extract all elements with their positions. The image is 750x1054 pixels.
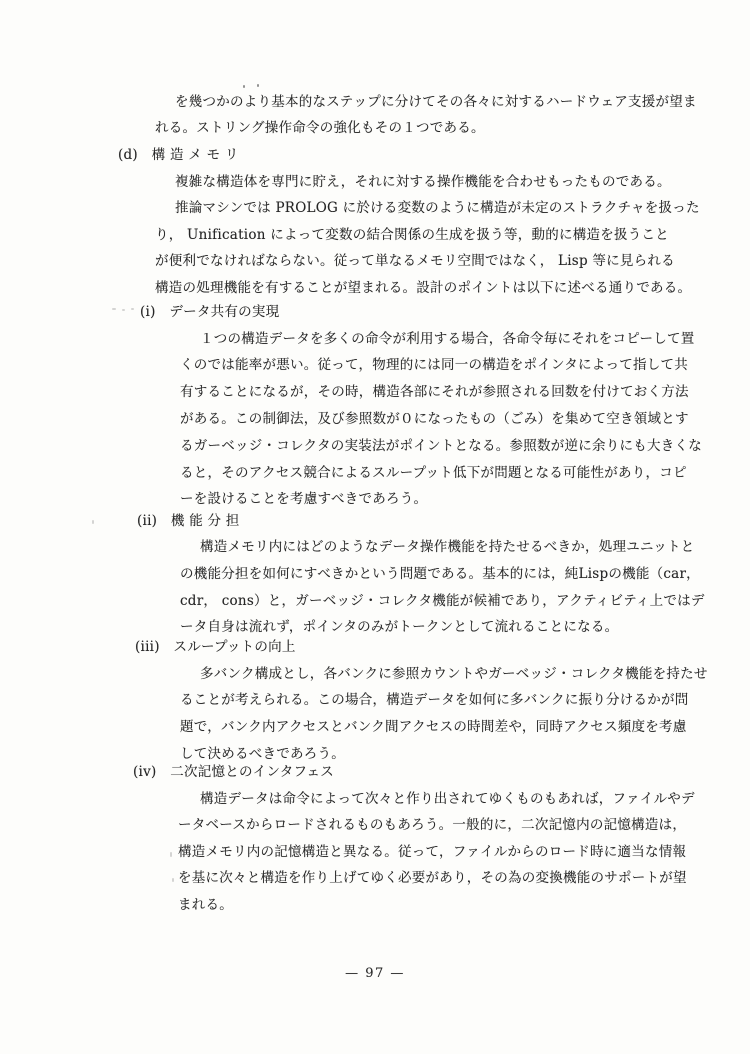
text-line: 構造の処理機能を有することが望まれる。設計のポイントは以下に述べる通りである。 — [155, 281, 691, 296]
page-number: — 97 — — [0, 966, 750, 981]
text-line: 多バンク構成とし，各バンクに参照カウントやガーベッジ・コレクタ機能を持たせ — [200, 667, 708, 682]
text-line: 構造データは命令によって次々と作り出されてゆくものもあれば，ファイルやデ — [200, 792, 695, 807]
text-line: ータベースからロードされるものもあろう。一般的に，二次記憶内の記憶構造は， — [178, 818, 686, 833]
text-line: まれる。 — [178, 898, 233, 913]
text-line: り， Unification によって変数の結合関係の生成を扱う等，動的に構造を… — [155, 228, 669, 243]
subsection-heading-iv: (iv) 二次記憶とのインタフェス — [133, 765, 334, 780]
text-line: るガーベッジ・コレクタの実装法がポイントとなる。参照数が逆に余りにも大きくな — [180, 439, 702, 454]
subsection-heading-ii: (ii) 機 能 分 担 — [137, 514, 240, 529]
text-line: を基に次々と構造を作り上げてゆく必要があり，その為の変換機能のサポートが望 — [178, 871, 687, 886]
scan-speck — [92, 520, 94, 524]
text-line: 推論マシンでは PROLOG に於ける変数のように構造が未定のストラクチャを扱っ… — [175, 201, 700, 216]
text-line: がある。この制御法，及び参照数が０になったもの（ごみ）を集めて空き領域とす — [180, 412, 689, 427]
handwritten-dot — [257, 84, 259, 87]
text-line: を幾つかのより基本的なステップに分けてその各々に対するハードウェア支援が望ま — [175, 95, 697, 110]
text-line: して決めるべきであろう。 — [180, 747, 345, 762]
scan-speck — [122, 309, 125, 311]
text-line: ることが考えられる。この場合，構造データを如何に多バンクに振り分けるかが問 — [180, 693, 688, 708]
subsection-heading-iii: (iii) スループットの向上 — [135, 640, 296, 655]
handwritten-dot — [243, 85, 245, 88]
section-heading-d: (d) 構 造 メ モ リ — [118, 148, 239, 163]
scan-speck — [131, 308, 134, 310]
text-line: が便利でなければならない。従って単なるメモリ空間ではなく， Lisp 等に見られ… — [155, 254, 675, 269]
text-line: 題で，バンク内アクセスとバンク間アクセスの時間差や，同時アクセス頻度を考慮 — [180, 720, 686, 735]
scan-speck — [170, 852, 172, 857]
scan-speck — [112, 308, 116, 310]
text-line: 有することになるが，その時，構造各部にそれが参照される回数を付けておく方法 — [180, 385, 689, 400]
text-line: 構造メモリ内の記憶構造と異なる。従って，ファイルからのロード時に適当な情報 — [178, 845, 686, 860]
text-line: ーを設けることを考慮すべきであろう。 — [180, 492, 427, 507]
text-line: １つの構造データを多くの命令が利用する場合，各命令毎にそれをコピーして置 — [200, 332, 694, 347]
text-line: ると，そのアクセス競合によるスループット低下が問題となる可能性があり，コピ — [180, 466, 687, 481]
text-line: くのでは能率が悪い。従って，物理的には同一の構造をポインタによって指して共 — [180, 358, 688, 373]
scanned-document-page: を幾つかのより基本的なステップに分けてその各々に対するハードウェア支援が望ま れ… — [0, 0, 750, 1054]
text-line: cdr， cons）と，ガーベッジ・コレクタ機能が候補であり，アクティビティ上で… — [180, 594, 705, 609]
text-line: の機能分担を如何にすべきかという問題である。基本的には，純Lispの機能（car… — [180, 567, 700, 582]
text-line: ータ自身は流れず，ポインタのみがトークンとして流れることになる。 — [180, 620, 618, 635]
subsection-heading-i: (i) データ共有の実現 — [140, 305, 279, 320]
text-line: れる。ストリング操作命令の強化もその１つである。 — [155, 121, 485, 136]
scan-speck — [172, 878, 174, 882]
text-line: 複雑な構造体を専門に貯え，それに対する操作機能を合わせもったものである。 — [175, 175, 671, 190]
text-line: 構造メモリ内にはどのようなデータ操作機能を持たせるべきか，処理ユニットと — [200, 540, 694, 555]
